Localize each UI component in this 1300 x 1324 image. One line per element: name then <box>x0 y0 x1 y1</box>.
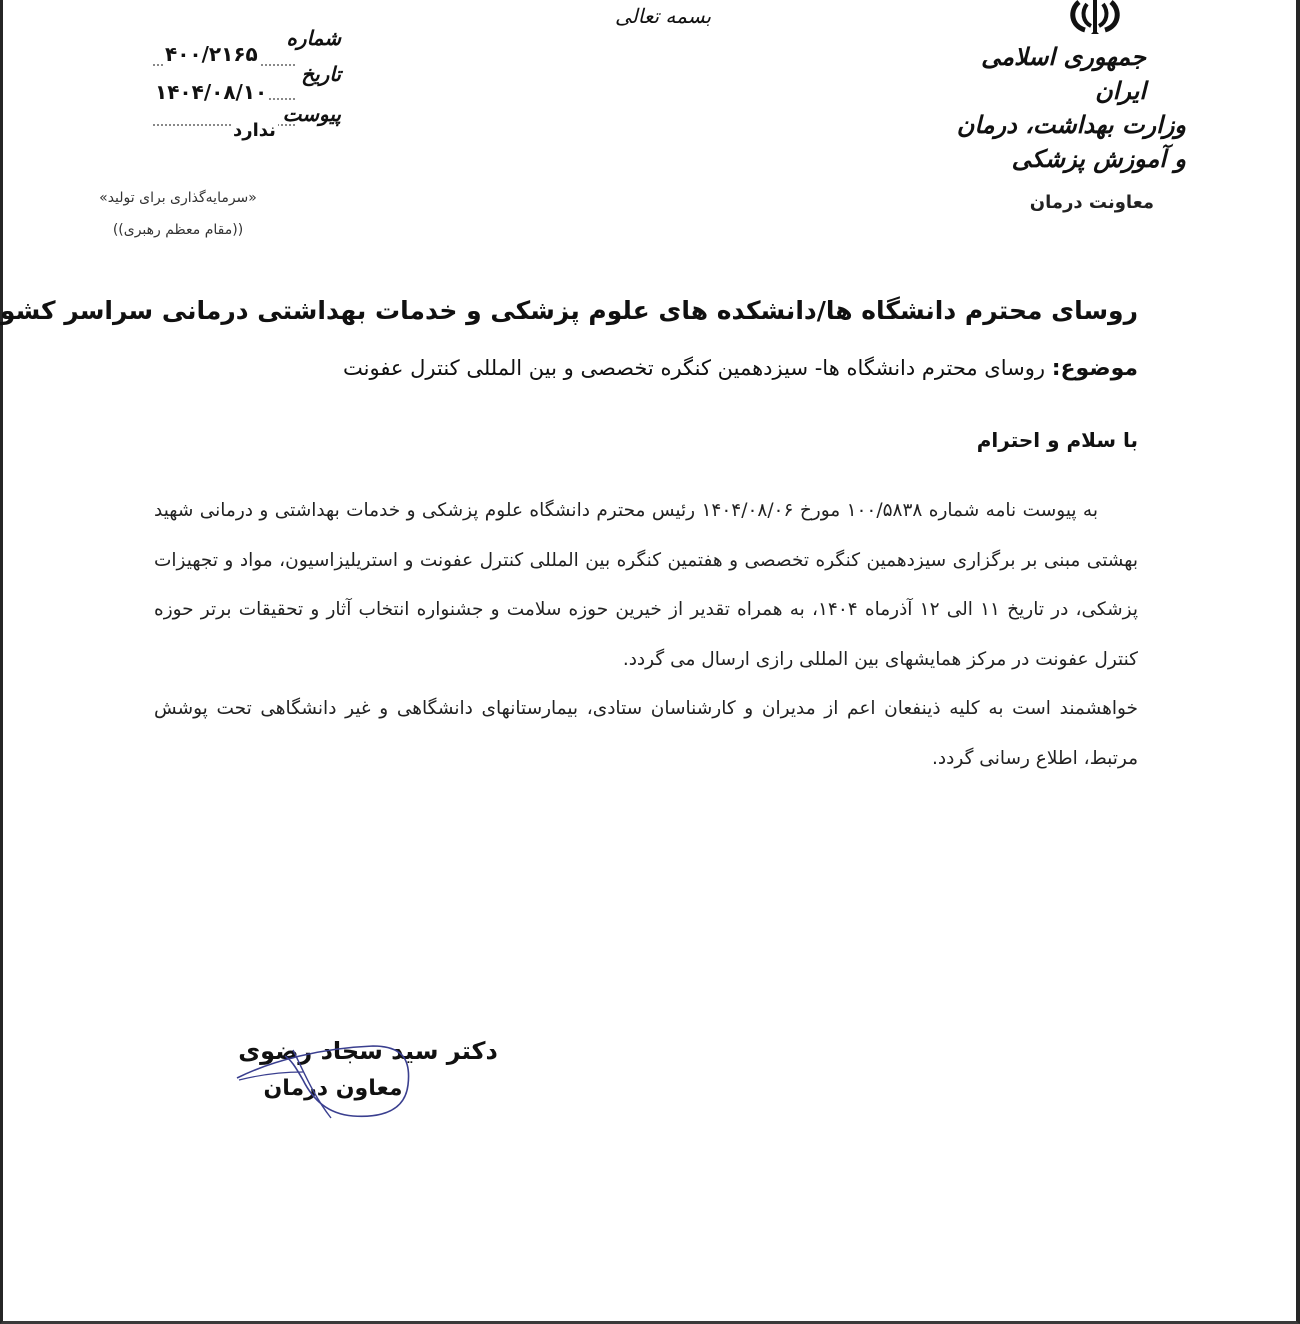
number-value: ۴۰۰/۲۱۶۵ <box>163 42 260 66</box>
meta-date: تاریخ ۱۴۰۴/۰۸/۱۰ <box>153 76 353 104</box>
ministry-letterhead: جمهوری اسلامی ایران وزارت بهداشت، درمان … <box>956 40 1186 176</box>
subject-line: موضوع: روسای محترم دانشگاه ها- سیزدهمین … <box>343 356 1138 381</box>
ministry-name: وزارت بهداشت، درمان و آموزش پزشکی <box>956 108 1186 176</box>
bismillah-heading: بسمه تعالی <box>615 4 711 28</box>
recipient-line: روسای محترم دانشگاه ها/دانشکده های علوم … <box>0 296 1138 325</box>
letter-meta: شماره ۴۰۰/۲۱۶۵ تاریخ ۱۴۰۴/۰۸/۱۰ پیوست ند… <box>153 18 353 148</box>
iran-emblem-icon <box>1065 0 1125 36</box>
signer-title: معاون درمان <box>193 1072 473 1106</box>
body-paragraph-2: خواهشمند است به کلیه ذینفعان اعم از مدیر… <box>154 684 1138 783</box>
subject-text: روسای محترم دانشگاه ها- سیزدهمین کنگره ت… <box>343 356 1045 380</box>
signer-name: دکتر سید سجاد رضوی <box>233 1030 503 1072</box>
attachment-value: ندارد <box>231 120 278 141</box>
subject-label: موضوع: <box>1052 356 1138 381</box>
slogan-line: «سرمایه‌گذاری برای تولید» <box>83 182 273 214</box>
date-label: تاریخ <box>301 62 341 86</box>
letter-body: به پیوست نامه شماره ۱۰۰/۵۸۳۸ مورخ ۱۴۰۴/۰… <box>154 486 1138 784</box>
salutation: با سلام و احترام <box>977 428 1138 452</box>
country-name: جمهوری اسلامی ایران <box>956 40 1146 108</box>
signature-block: دکتر سید سجاد رضوی معاون درمان <box>233 1030 473 1130</box>
slogan-attribution: ((مقام معظم رهبری)) <box>83 214 273 246</box>
number-label: شماره <box>286 26 341 50</box>
document-page: جمهوری اسلامی ایران وزارت بهداشت، درمان … <box>0 0 1300 1324</box>
body-paragraph-1: به پیوست نامه شماره ۱۰۰/۵۸۳۸ مورخ ۱۴۰۴/۰… <box>154 486 1138 684</box>
department-name: معاونت درمان <box>1030 192 1154 213</box>
slogan: «سرمایه‌گذاری برای تولید» ((مقام معظم ره… <box>83 182 273 246</box>
date-value: ۱۴۰۴/۰۸/۱۰ <box>153 80 269 104</box>
attachment-label: پیوست <box>283 102 341 126</box>
meta-attachment: پیوست ندارد <box>153 110 353 138</box>
